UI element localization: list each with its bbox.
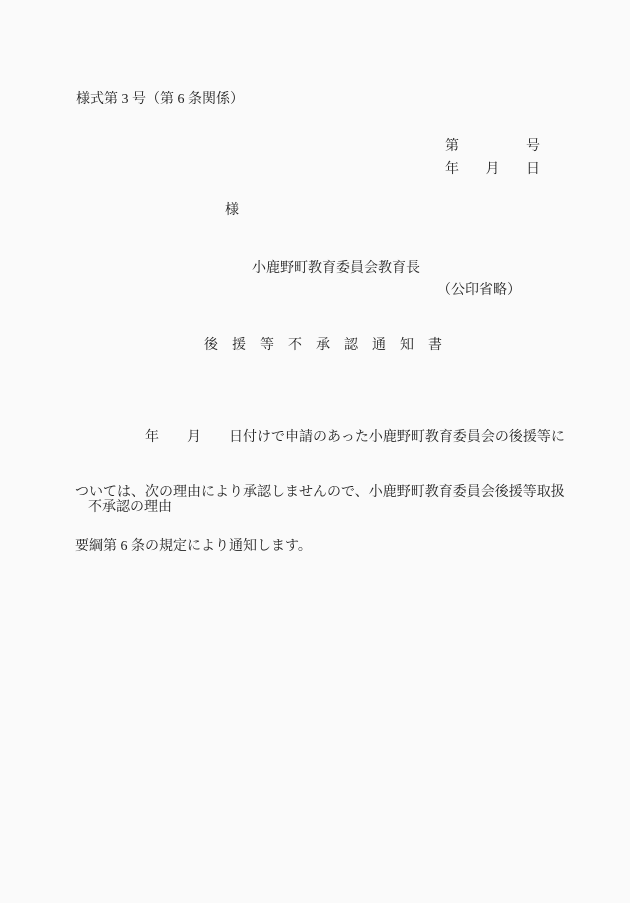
body-paragraph: 年 月 日付けで申請のあった小鹿野町教育委員会の後援等に ついては、次の理由によ… bbox=[75, 395, 565, 591]
reason-heading: 不承認の理由 bbox=[88, 496, 172, 516]
sender-name: 小鹿野町教育委員会教育長 bbox=[252, 257, 420, 277]
date-line: 年 月 日 bbox=[445, 158, 540, 178]
document-page: 様式第 3 号（第 6 条関係） 第 号 年 月 日 様 小鹿野町教育委員会教育… bbox=[0, 0, 630, 903]
document-title: 後 援 等 不 承 認 通 知 書 bbox=[204, 334, 442, 354]
document-number-line: 第 号 bbox=[445, 135, 540, 155]
form-number-label: 様式第 3 号（第 6 条関係） bbox=[76, 88, 244, 108]
body-line: 年 月 日付けで申請のあった小鹿野町教育委員会の後援等に bbox=[145, 427, 565, 450]
doc-number-prefix: 第 bbox=[445, 135, 459, 155]
addressee-honorific: 様 bbox=[225, 199, 239, 219]
date-year-label: 年 bbox=[445, 158, 459, 178]
doc-number-suffix: 号 bbox=[526, 135, 540, 155]
date-month-label: 月 bbox=[486, 158, 500, 178]
date-day-label: 日 bbox=[526, 158, 540, 178]
body-line: 要綱第 6 条の規定により通知します。 bbox=[75, 536, 565, 559]
seal-omitted-note: （公印省略） bbox=[437, 279, 521, 299]
